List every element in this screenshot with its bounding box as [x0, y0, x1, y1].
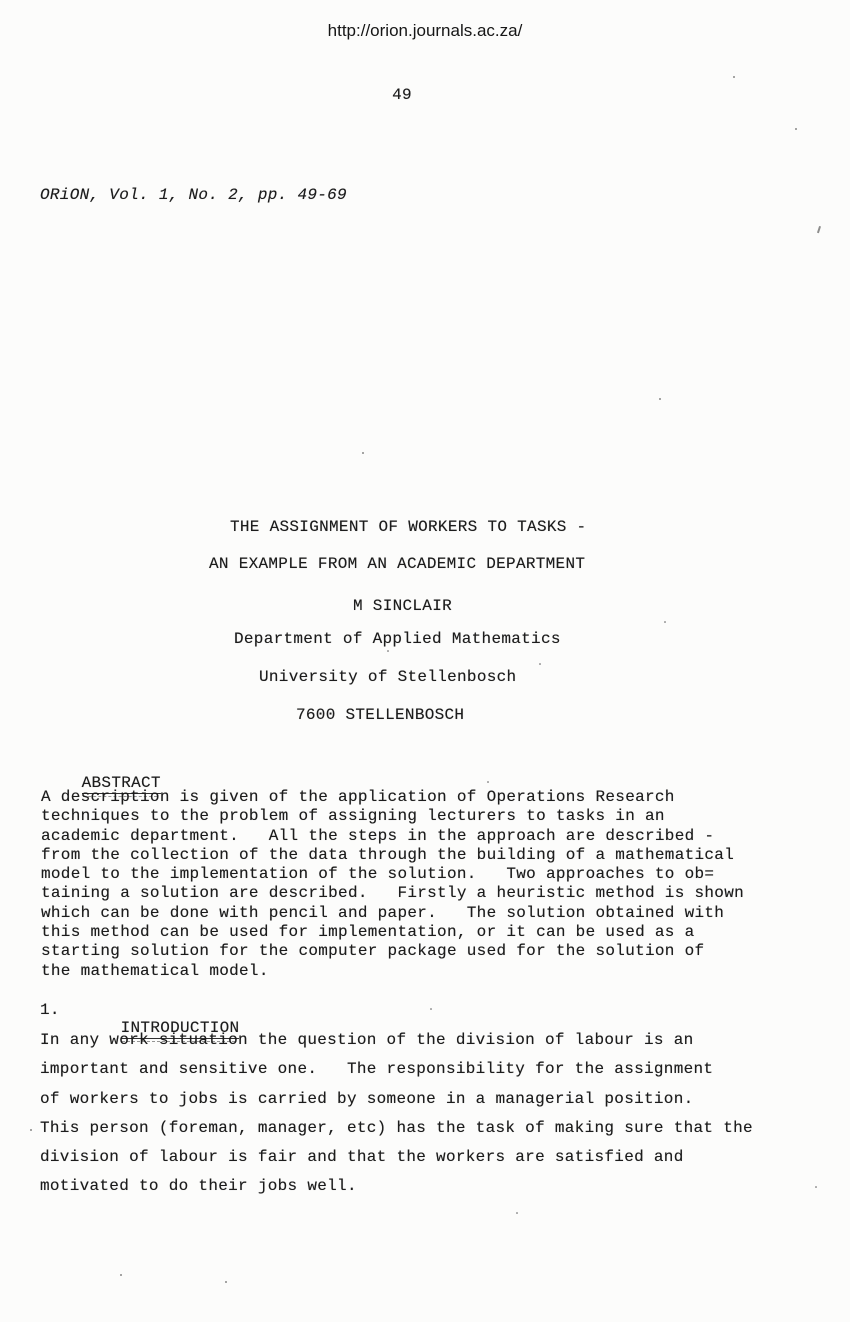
page-number: 49: [0, 86, 804, 104]
scan-speck: [30, 1129, 32, 1131]
scan-speck: [664, 621, 666, 623]
scan-speck: [387, 650, 389, 652]
scan-speck: [733, 76, 735, 78]
scan-speck: [795, 128, 797, 130]
scan-speck: [516, 1212, 518, 1214]
author-address: 7600 STELLENBOSCH: [296, 706, 464, 724]
scan-speck: [539, 663, 541, 665]
author-university: University of Stellenbosch: [259, 668, 516, 686]
author-department: Department of Applied Mathematics: [234, 630, 561, 648]
paper-title-line-1: THE ASSIGNMENT OF WORKERS TO TASKS -: [230, 518, 586, 536]
abstract-text: A description is given of the applicatio…: [41, 788, 744, 981]
author-name: M SINCLAIR: [353, 597, 452, 615]
scan-speck: [362, 452, 364, 454]
introduction-text: In any work situation the question of th…: [40, 1026, 753, 1202]
scan-speck: [815, 1186, 817, 1188]
scan-speck: [659, 398, 661, 400]
journal-url: http://orion.journals.ac.za/: [0, 21, 850, 41]
scanned-paper-page: http://orion.journals.ac.za/ 49 ORiON, V…: [0, 0, 850, 1322]
introduction-section-number: 1.: [40, 1001, 60, 1019]
journal-citation: ORiON, Vol. 1, No. 2, pp. 49-69: [40, 186, 347, 204]
paper-title-line-2: AN EXAMPLE FROM AN ACADEMIC DEPARTMENT: [209, 555, 585, 573]
scan-speck: [817, 226, 821, 233]
scan-speck: [120, 1274, 122, 1276]
scan-speck: [430, 1008, 432, 1010]
scan-speck: [225, 1281, 227, 1283]
scan-speck: [487, 781, 489, 783]
